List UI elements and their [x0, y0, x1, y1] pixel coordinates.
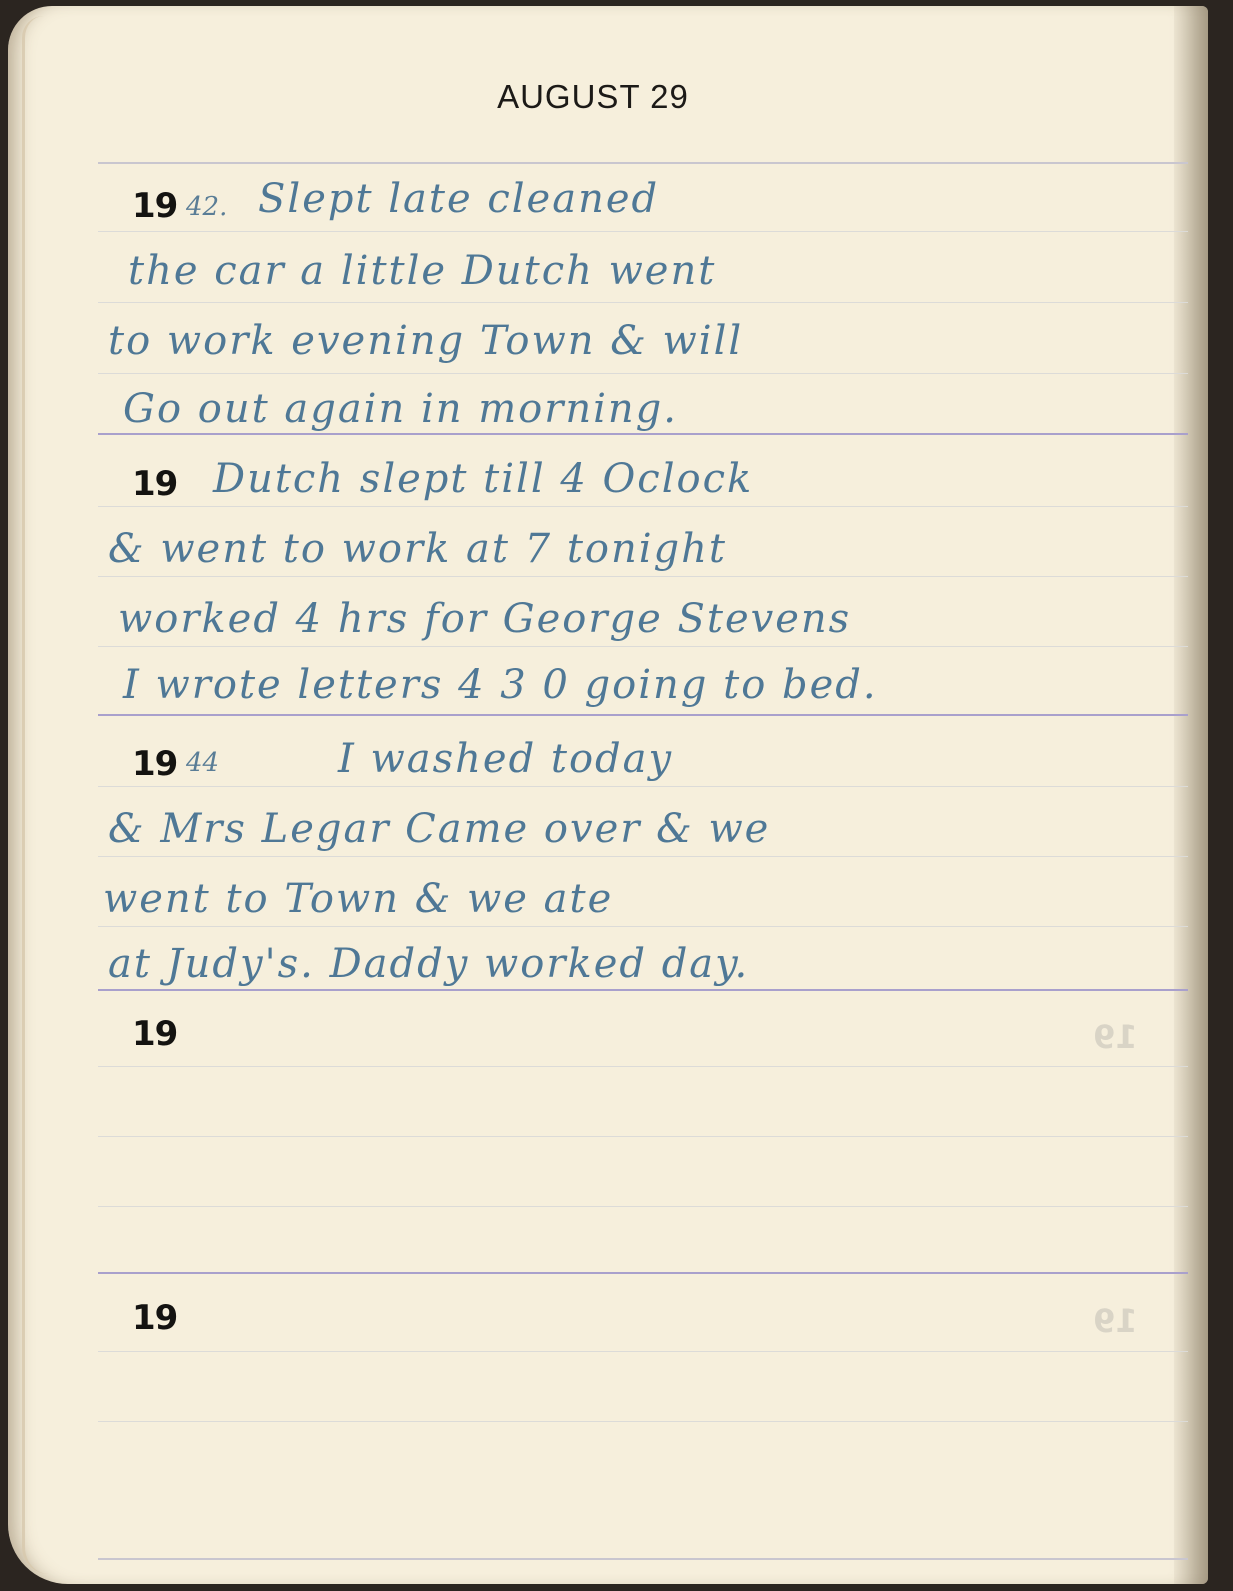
- rule-line: [98, 926, 1188, 927]
- rule-line: [98, 989, 1188, 991]
- entry-line: & Mrs Legar Came over & we: [108, 806, 770, 852]
- rule-line: [98, 1066, 1188, 1067]
- page-edge-shadow: [1174, 6, 1208, 1584]
- entry-line: at Judy's. Daddy worked day.: [108, 941, 749, 987]
- diary-page: AUGUST 29 19 42. Slept late cleaned the …: [8, 6, 1208, 1584]
- entry-line: Dutch slept till 4 Oclock: [213, 456, 753, 502]
- bleed-through-year: 19: [1093, 1018, 1138, 1056]
- entry-line: the car a little Dutch went: [128, 248, 716, 294]
- entry-line: I washed today: [338, 736, 673, 782]
- year-prefix: 19: [132, 186, 177, 226]
- rule-line: [98, 1558, 1188, 1560]
- rule-line: [98, 162, 1188, 164]
- year-suffix: 42.: [186, 192, 227, 222]
- rule-line: [98, 506, 1188, 507]
- entry-line: to work evening Town & will: [108, 318, 743, 364]
- rule-line: [98, 433, 1188, 435]
- entry-line: worked 4 hrs for George Stevens: [118, 596, 851, 642]
- rule-line: [98, 1421, 1188, 1422]
- year-suffix: 44: [186, 748, 219, 778]
- rule-line: [98, 1351, 1188, 1352]
- rule-line: [98, 373, 1188, 374]
- entry-line: I wrote letters 4 3 0 going to bed.: [123, 662, 878, 708]
- entry-line: went to Town & we ate: [103, 876, 613, 922]
- rule-line: [98, 1136, 1188, 1137]
- year-prefix: 19: [132, 1298, 177, 1338]
- bleed-through-year: 19: [1093, 1302, 1138, 1340]
- rule-line: [98, 714, 1188, 716]
- year-prefix: 19: [132, 744, 177, 784]
- rule-line: [98, 1272, 1188, 1274]
- year-prefix: 19: [132, 464, 177, 504]
- rule-line: [98, 646, 1188, 647]
- rule-line: [98, 856, 1188, 857]
- entry-line: & went to work at 7 tonight: [108, 526, 727, 572]
- rule-line: [98, 1206, 1188, 1207]
- entry-line: Slept late cleaned: [258, 176, 659, 222]
- rule-line: [98, 231, 1188, 232]
- year-prefix: 19: [132, 1014, 177, 1054]
- rule-line: [98, 302, 1188, 303]
- entry-line: Go out again in morning.: [123, 386, 678, 432]
- page-date-heading: AUGUST 29: [8, 78, 1178, 116]
- rule-line: [98, 576, 1188, 577]
- rule-line: [98, 786, 1188, 787]
